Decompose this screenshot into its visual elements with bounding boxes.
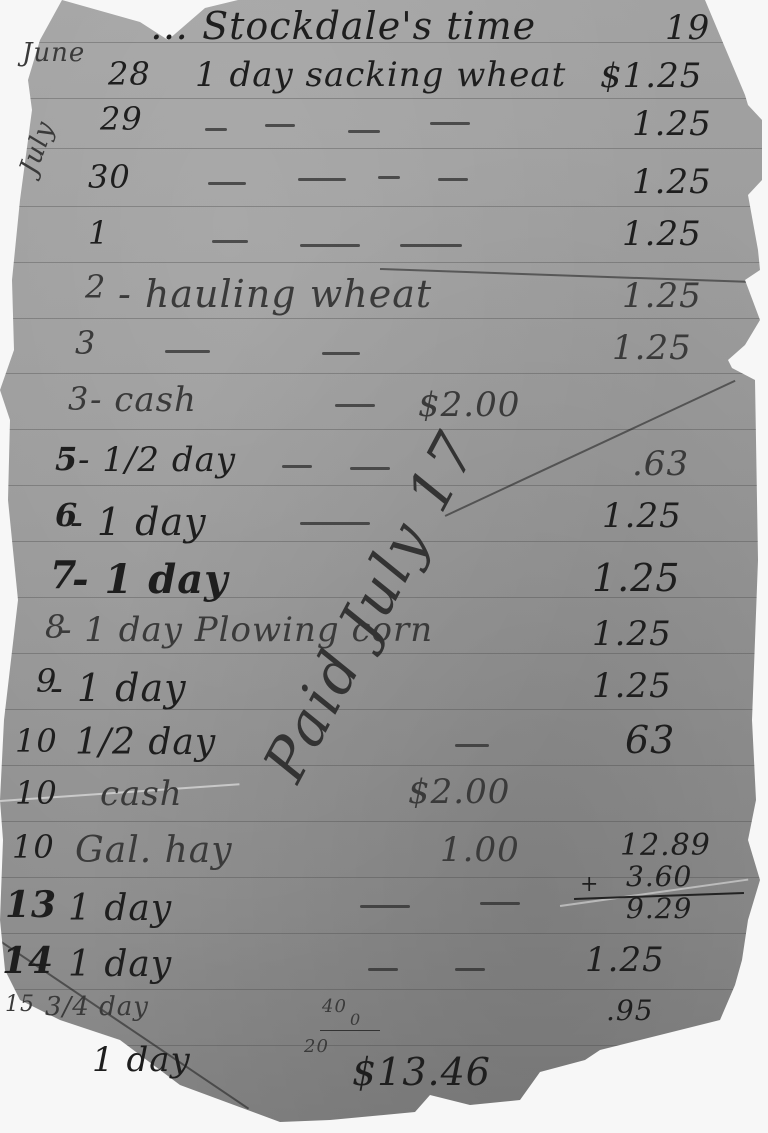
ledger-title: … Stockdale's time	[150, 4, 536, 48]
ruled-line	[0, 373, 768, 374]
entry-description: 1 day	[92, 1040, 191, 1080]
ditto-mark	[360, 905, 410, 908]
ditto-mark	[335, 404, 375, 407]
entry-amount: 63	[625, 718, 675, 762]
ditto-mark	[455, 744, 489, 747]
entry-amount: 1.25	[585, 940, 665, 980]
ditto-mark	[322, 352, 360, 355]
entry-date: 15	[5, 992, 35, 1017]
entry-description: 1 day sacking wheat	[195, 55, 566, 95]
ditto-mark	[368, 968, 398, 971]
entry-amount: .95	[606, 994, 654, 1027]
entry-cash: 1.00	[440, 830, 520, 870]
ditto-mark	[455, 968, 485, 971]
side-figure-bottom: 20	[304, 1036, 329, 1057]
ruled-line	[0, 148, 768, 149]
entry-amount: 1.25	[592, 614, 672, 654]
ruled-line	[0, 821, 768, 822]
entry-date: 29	[100, 100, 143, 138]
entry-date: 2	[85, 268, 106, 306]
entry-date: 28	[108, 55, 151, 93]
ditto-mark	[298, 178, 346, 181]
entry-date: 30	[88, 158, 131, 196]
entry-date: 10	[15, 774, 58, 812]
ditto-mark	[300, 522, 370, 525]
side-figure-divider	[320, 1030, 380, 1031]
entry-date: 5	[55, 440, 78, 478]
ditto-mark	[430, 122, 470, 125]
entry-description: - hauling wheat	[118, 272, 432, 316]
entry-amount: .63	[632, 444, 689, 484]
entry-amount: 1.25	[622, 276, 702, 316]
month-label-june: June	[22, 38, 85, 68]
entry-amount: $1.25	[600, 56, 702, 96]
entry-date: 10	[15, 722, 58, 760]
ditto-mark	[208, 182, 246, 185]
entry-amount: 1.25	[632, 162, 712, 202]
side-figure-top: 40	[322, 996, 347, 1017]
entry-description: - 1 day	[72, 556, 228, 603]
entry-description: Gal. hay	[75, 830, 233, 871]
entry-description: cash	[100, 774, 183, 814]
calc-subtotal: 12.89	[620, 828, 711, 863]
entry-amount: 1.25	[592, 556, 681, 600]
entry-description: - 1 day	[50, 666, 187, 710]
entry-date: 10	[12, 828, 55, 866]
entry-description: 1 day	[68, 888, 172, 929]
minus-sign: +	[580, 872, 599, 897]
calc-result: 9.29	[626, 892, 692, 925]
ditto-mark	[300, 244, 360, 247]
calc-minus: 3.60	[626, 860, 692, 893]
ruled-line	[0, 989, 768, 990]
ditto-mark	[480, 902, 520, 905]
ditto-mark	[348, 130, 380, 133]
ruled-line	[0, 206, 768, 207]
side-figure-middle: 0	[350, 1010, 361, 1029]
entry-description: - 1 day	[70, 500, 207, 544]
ditto-mark	[438, 178, 468, 181]
entry-description: 1/2 day	[75, 722, 216, 763]
entry-date: 14	[2, 940, 54, 982]
entry-amount: 1.25	[602, 496, 682, 536]
entry-cash: $2.00	[418, 385, 520, 425]
entry-amount: 1.25	[612, 328, 692, 368]
ditto-mark	[282, 465, 312, 468]
ruled-line	[0, 765, 768, 766]
entry-description: - cash	[90, 380, 197, 420]
entry-amount: 1.25	[592, 666, 672, 706]
ditto-mark	[212, 240, 248, 243]
ruled-line	[0, 318, 768, 319]
entry-amount: 1.25	[632, 104, 712, 144]
ruled-line	[0, 933, 768, 934]
entry-description: 3/4 day	[45, 992, 149, 1022]
entry-cash: $2.00	[408, 772, 510, 812]
entry-date: 1	[88, 214, 109, 252]
paper-tear	[380, 268, 760, 283]
ditto-mark	[265, 124, 295, 127]
ditto-mark	[165, 350, 210, 353]
ruled-line	[0, 429, 768, 430]
entry-description: - 1/2 day	[78, 440, 236, 480]
ruled-line	[0, 98, 768, 99]
entry-date: 13	[5, 884, 57, 926]
entry-amount: 1.25	[622, 214, 702, 254]
ditto-mark	[378, 176, 400, 179]
ditto-mark	[205, 128, 227, 131]
entry-description: 1 day	[68, 944, 172, 985]
entry-date: 3	[75, 324, 96, 362]
ditto-mark	[400, 244, 462, 247]
ditto-mark	[350, 467, 390, 470]
year-fragment: 19	[665, 8, 710, 48]
entry-date: 3	[68, 380, 89, 418]
ruled-line	[0, 262, 768, 263]
grand-total: $13.46	[352, 1050, 491, 1094]
ruled-line	[0, 485, 768, 486]
